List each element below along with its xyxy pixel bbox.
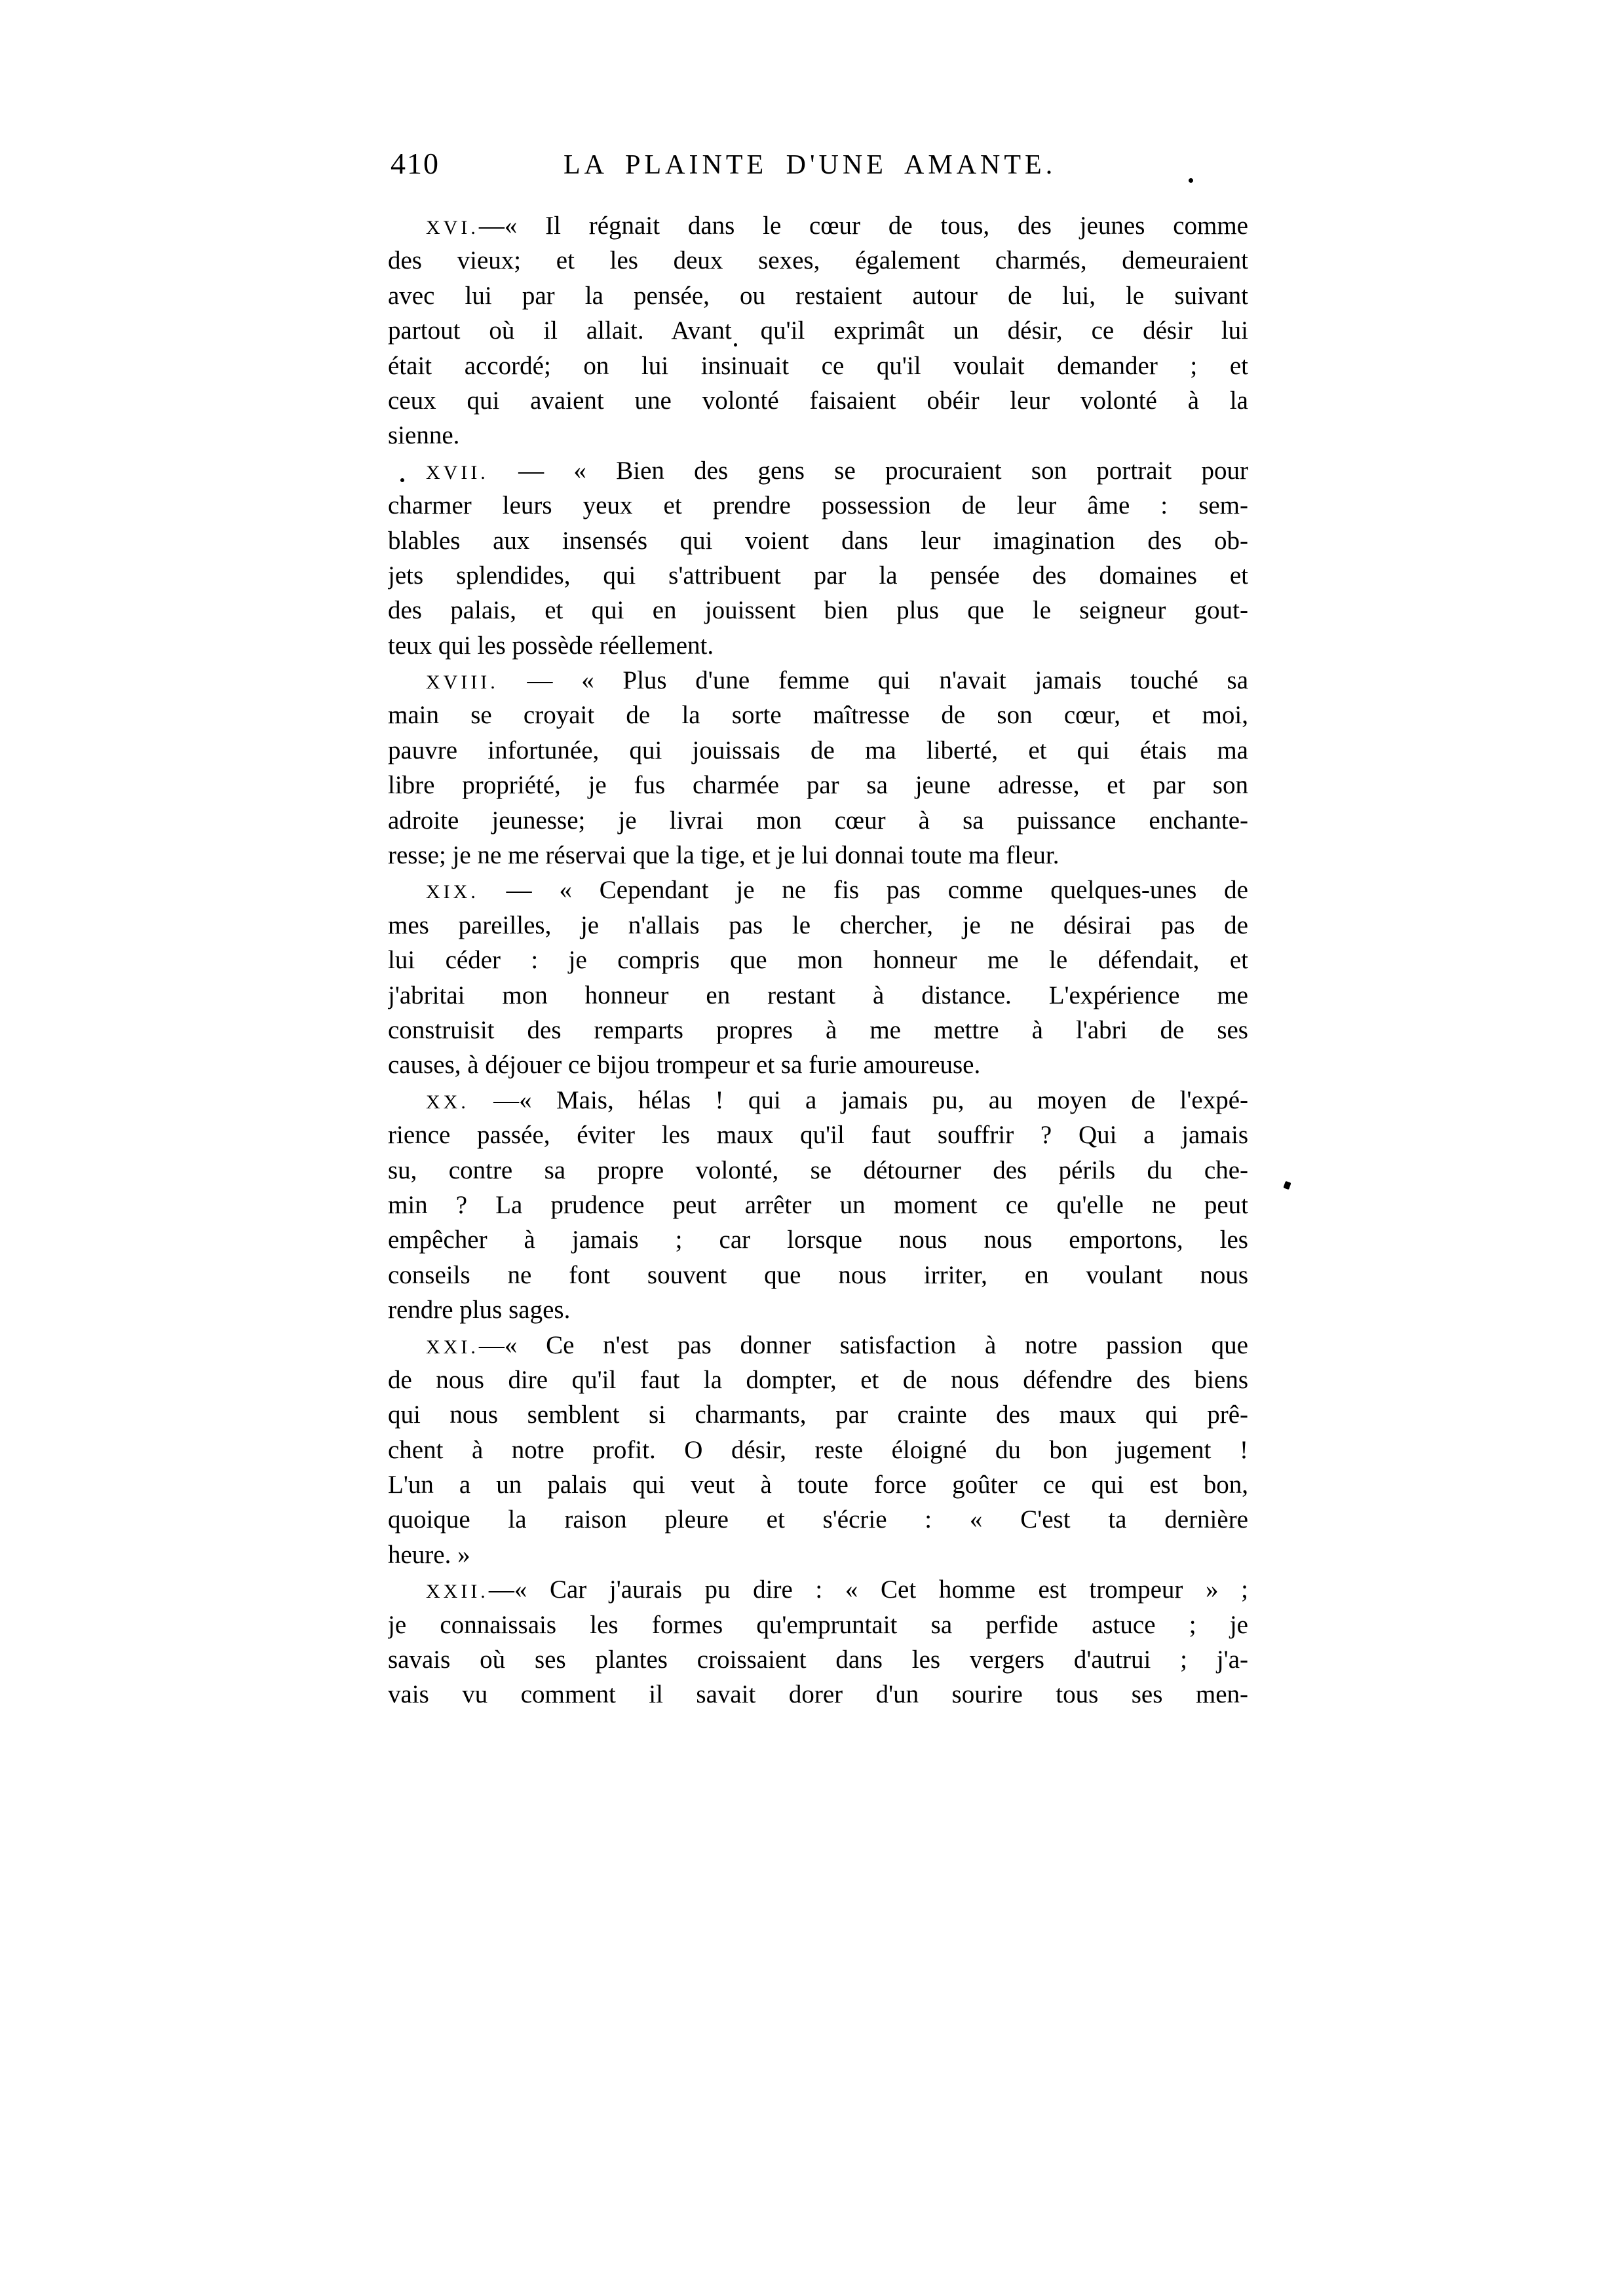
text-line: main se croyait de la sorte maîtresse de…: [388, 698, 1248, 732]
text-block: xvi.—« Il régnait dans le cœur de tous, …: [388, 208, 1248, 1712]
text-line: xviii. — « Plus d'une femme qui n'avait …: [388, 663, 1248, 698]
text-line: xix. — « Cependant je ne fis pas comme q…: [388, 873, 1248, 907]
paragraph-xvii: xvii. — « Bien des gens se procuraient s…: [388, 453, 1248, 663]
text-line: partout où il allait. Avant qu'il exprim…: [388, 313, 1248, 348]
text-line: conseils ne font souvent que nous irrite…: [388, 1258, 1248, 1292]
text-line: lui céder : je compris que mon honneur m…: [388, 943, 1248, 977]
text-line: chent à notre profit. O désir, reste élo…: [388, 1433, 1248, 1467]
text-line: adroite jeunesse; je livrai mon cœur à s…: [388, 803, 1248, 838]
text-line: empêcher à jamais ; car lorsque nous nou…: [388, 1222, 1248, 1257]
text-line: min ? La prudence peut arrêter un moment…: [388, 1188, 1248, 1222]
page-number: 410: [391, 145, 440, 182]
text-line: causes, à déjouer ce bijou trompeur et s…: [388, 1047, 1248, 1082]
text-line: construisit des remparts propres à me me…: [388, 1013, 1248, 1047]
text-line: qui nous semblent si charmants, par crai…: [388, 1397, 1248, 1432]
text-line: des palais, et qui en jouissent bien plu…: [388, 593, 1248, 628]
paragraph-xxi: xxi.—« Ce n'est pas donner satisfaction …: [388, 1328, 1248, 1573]
text-line: teux qui les possède réellement.: [388, 628, 1248, 663]
text-line: libre propriété, je fus charmée par sa j…: [388, 768, 1248, 802]
text-line: xvii. — « Bien des gens se procuraient s…: [388, 453, 1248, 488]
text-line: savais où ses plantes croissaient dans l…: [388, 1642, 1248, 1677]
ink-speck: [1283, 1181, 1291, 1190]
text-line: xx. —« Mais, hélas ! qui a jamais pu, au…: [388, 1083, 1248, 1118]
text-line: rience passée, éviter les maux qu'il fau…: [388, 1118, 1248, 1152]
paragraph-numeral: xx.: [426, 1091, 469, 1113]
text-line: je connaissais les formes qu'empruntait …: [388, 1608, 1248, 1642]
paragraph-numeral: xxii.: [426, 1581, 489, 1602]
running-title: LA PLAINTE D'UNE AMANTE.: [563, 148, 1056, 182]
text-line: mes pareilles, je n'allais pas le cherch…: [388, 908, 1248, 943]
text-line: xxi.—« Ce n'est pas donner satisfaction …: [388, 1328, 1248, 1363]
text-line: avec lui par la pensée, ou restaient aut…: [388, 278, 1248, 313]
text-line: de nous dire qu'il faut la dompter, et d…: [388, 1363, 1248, 1397]
text-line: sienne.: [388, 418, 1248, 453]
paragraph-xviii: xviii. — « Plus d'une femme qui n'avait …: [388, 663, 1248, 873]
text-line: su, contre sa propre volonté, se détourn…: [388, 1153, 1248, 1188]
paragraph-numeral: xxi.: [426, 1336, 479, 1358]
text-line: xxii.—« Car j'aurais pu dire : « Cet hom…: [388, 1572, 1248, 1607]
paragraph-xvi: xvi.—« Il régnait dans le cœur de tous, …: [388, 208, 1248, 453]
paragraph-numeral: xvi.: [426, 217, 479, 238]
paragraph-xx: xx. —« Mais, hélas ! qui a jamais pu, au…: [388, 1083, 1248, 1328]
text-line: L'un a un palais qui veut à toute force …: [388, 1467, 1248, 1502]
text-line: heure. »: [388, 1537, 1248, 1572]
text-line: ceux qui avaient une volonté faisaient o…: [388, 383, 1248, 418]
text-line: des vieux; et les deux sexes, également …: [388, 243, 1248, 278]
text-line: blables aux insensés qui voient dans leu…: [388, 523, 1248, 558]
page-header: 410 LA PLAINTE D'UNE AMANTE.: [388, 145, 1248, 185]
text-line: jets splendides, qui s'attribuent par la…: [388, 558, 1248, 593]
text-line: j'abritai mon honneur en restant à dista…: [388, 978, 1248, 1013]
text-line: charmer leurs yeux et prendre possession…: [388, 488, 1248, 523]
paragraph-numeral: xvii.: [426, 462, 489, 483]
paragraph-xxii: xxii.—« Car j'aurais pu dire : « Cet hom…: [388, 1572, 1248, 1712]
paragraph-xix: xix. — « Cependant je ne fis pas comme q…: [388, 873, 1248, 1082]
text-line: pauvre infortunée, qui jouissais de ma l…: [388, 733, 1248, 768]
paragraph-numeral: xix.: [426, 881, 479, 903]
text-line: vais vu comment il savait dorer d'un sou…: [388, 1677, 1248, 1712]
text-line: était accordé; on lui insinuait ce qu'il…: [388, 348, 1248, 383]
paragraph-numeral: xviii.: [426, 671, 499, 693]
text-line: rendre plus sages.: [388, 1292, 1248, 1327]
text-line: xvi.—« Il régnait dans le cœur de tous, …: [388, 208, 1248, 243]
ink-speck: [1189, 178, 1193, 183]
book-page-scan: 410 LA PLAINTE D'UNE AMANTE. xvi.—« Il r…: [0, 0, 1623, 2296]
text-line: quoique la raison pleure et s'écrie : « …: [388, 1502, 1248, 1537]
text-line: resse; je ne me réservai que la tige, et…: [388, 838, 1248, 873]
